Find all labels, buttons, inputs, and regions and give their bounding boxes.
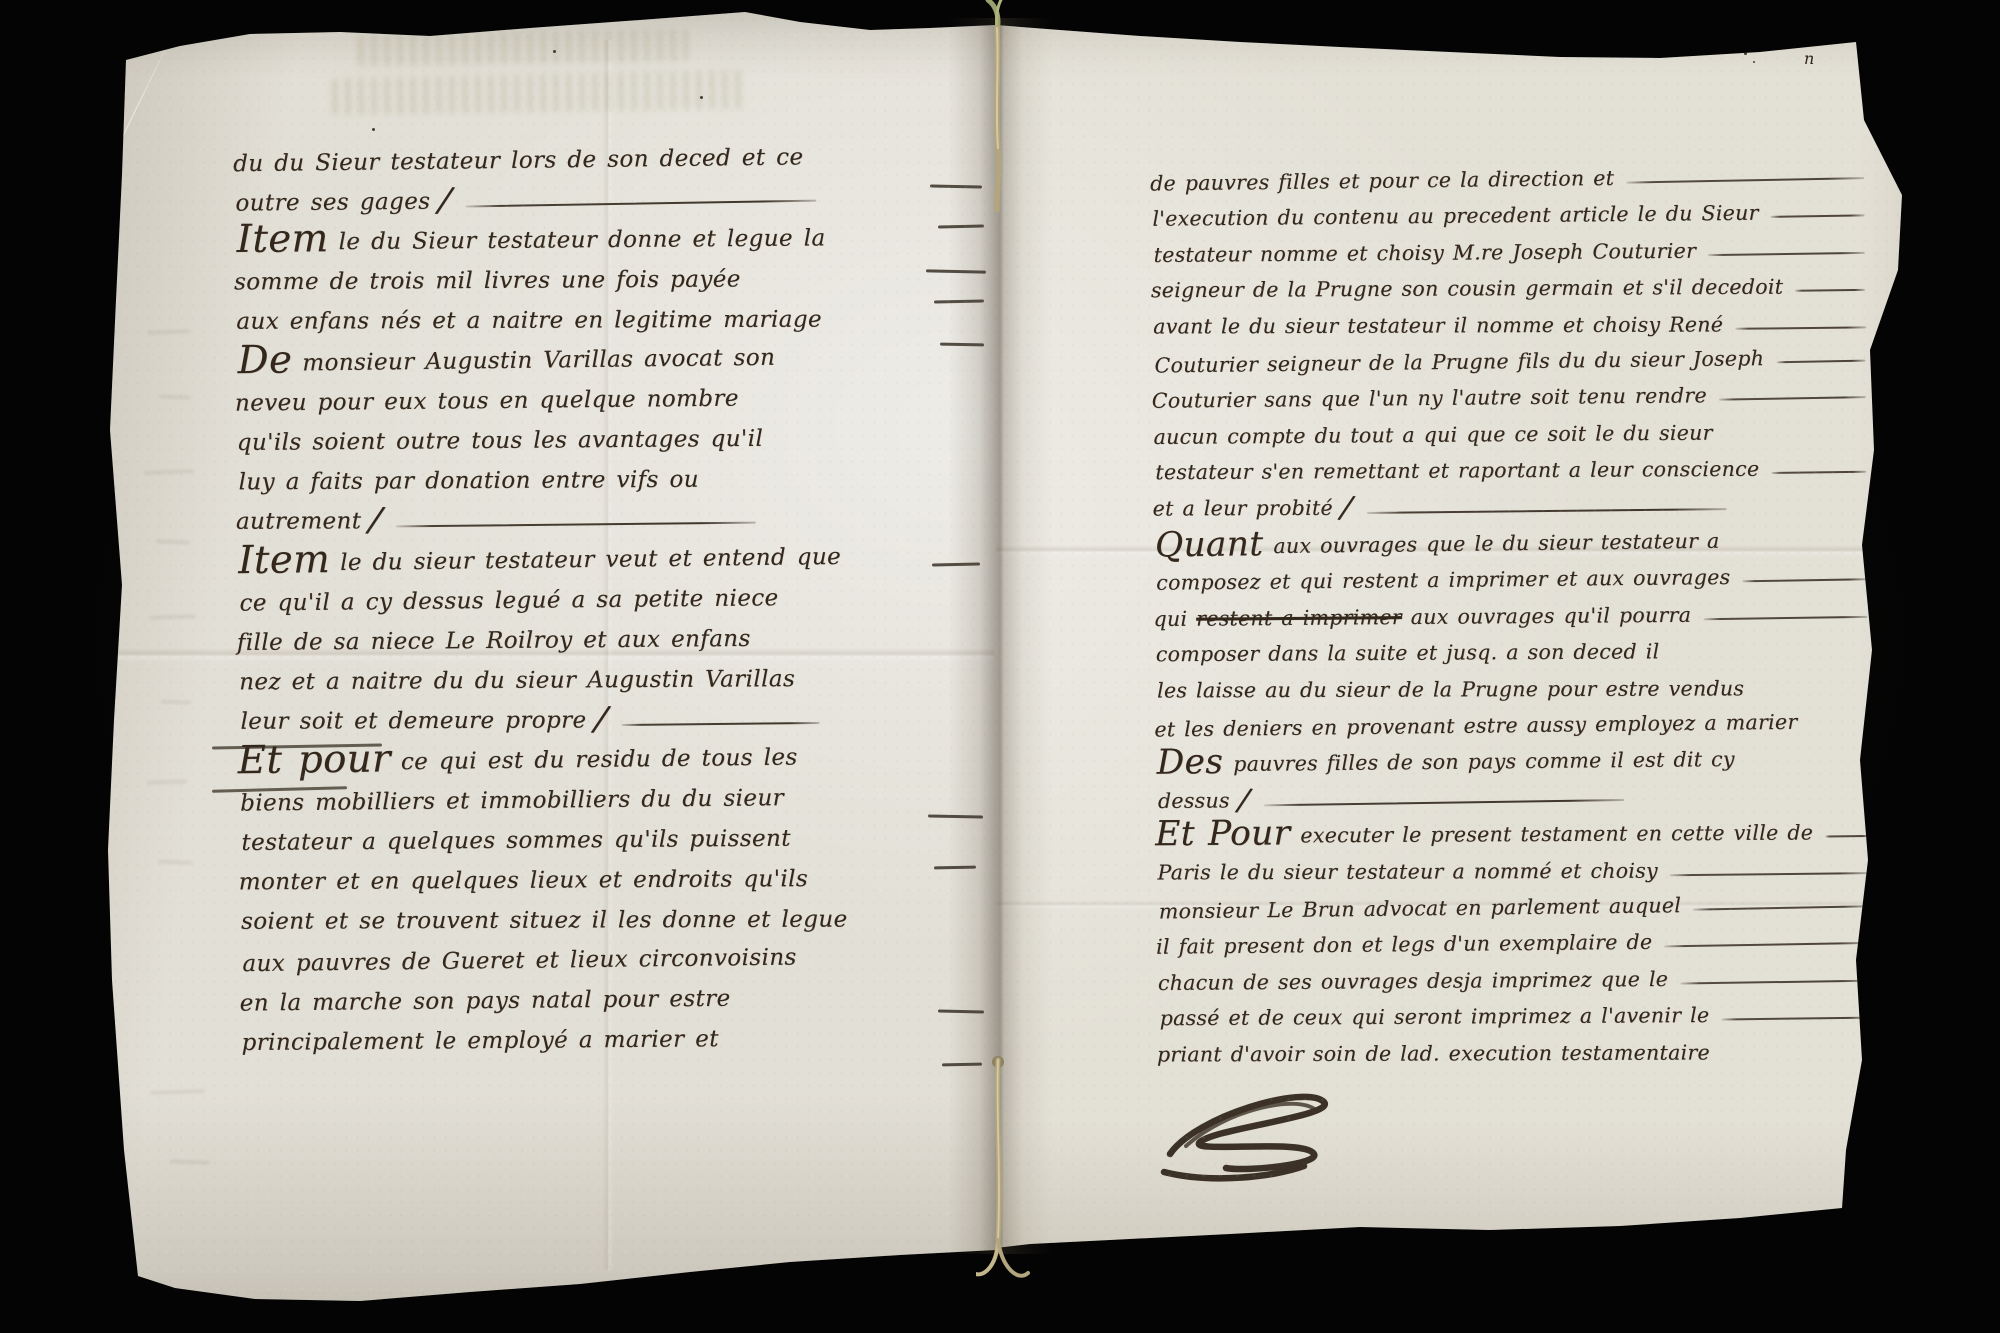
manuscript-line: qui restent a imprimer aux ouvrages qu'i… [1153, 601, 1869, 631]
manuscript-line: composez et qui restent a imprimer et au… [1156, 564, 1869, 595]
manuscript-line: passé et de ceux qui seront imprimez a l… [1160, 1002, 1873, 1030]
manuscript-line: il fait present don et legs d'un exempla… [1156, 928, 1872, 959]
bleedthrough-stamp-row [358, 29, 689, 67]
bleedthrough-stroke [161, 699, 191, 704]
manuscript-line: dessus/ [1158, 783, 1871, 813]
bleedthrough-stroke [144, 469, 194, 475]
manuscript-line: aux pauvres de Gueret et lieux circonvoi… [242, 944, 821, 977]
left-page-text: du du Sieur testateur lors de son deced … [233, 145, 822, 1090]
ink-speck [700, 96, 703, 99]
manuscript-line: du du Sieur testateur lors de son deced … [233, 144, 815, 177]
bleedthrough-stroke [170, 1159, 210, 1164]
gutter-ink-dash [932, 562, 980, 566]
manuscript-line: leur soit et demeure propre/ [240, 707, 819, 735]
manuscript-line: et les deniers en provenant estre aussy … [1154, 709, 1870, 742]
manuscript-line: Paris le du sieur testateur a nommé et c… [1157, 857, 1872, 884]
gutter-ink-dash [926, 269, 986, 273]
bleedthrough-stroke [148, 329, 190, 334]
folio-mark-top: nc [1789, 29, 1815, 50]
manuscript-line: testateur a quelques sommes qu'ils puiss… [241, 825, 820, 856]
manuscript-line: Itemle du Sieur testateur donne et legue… [237, 225, 816, 256]
ink-speck [1753, 61, 1755, 63]
right-page-text: de pauvres filles et pour ce la directio… [1150, 164, 1873, 1090]
paper-scratch [33, 22, 179, 319]
manuscript-line: Itemle du sieur testateur veut et entend… [238, 544, 819, 577]
manuscript-line: neveu pour eux tous en quelque nombre [235, 385, 817, 417]
manuscript-line: fille de sa niece Le Roilroy et aux enfa… [237, 625, 819, 656]
manuscript-line: Quantaux ouvrages que le du sieur testat… [1154, 527, 1869, 560]
manuscript-line: monsieur Le Brun advocat en parlement au… [1159, 891, 1872, 924]
manuscript-line: testateur nomme et choisy M.re Joseph Co… [1154, 237, 1867, 267]
bleedthrough-stroke [147, 779, 187, 784]
manuscript-line: Demonsieur Augustin Varillas avocat son [238, 344, 817, 377]
bleedthrough-stamp-row [332, 70, 748, 115]
gutter-ink-dash [934, 866, 976, 869]
manuscript-line: en la marche son pays natal pour estre [240, 985, 822, 1017]
ink-speck [553, 50, 556, 53]
ink-speck [372, 128, 375, 131]
gutter-ink-dash [930, 184, 982, 188]
manuscript-line: principalement le employé a marier et [241, 1025, 822, 1056]
manuscript-line: luy a faits par donation entre vifs ou [239, 466, 818, 495]
manuscript-line: Despauvres filles de son pays comme il e… [1156, 746, 1871, 777]
bleedthrough-stroke [160, 394, 190, 399]
manuscript-line: somme de trois mil livres une fois payée [234, 266, 816, 295]
manuscript-line: Et Pourexecuter le present testament en … [1155, 820, 1871, 848]
gutter-ink-dash [942, 1063, 982, 1066]
gutter-ink-dash [934, 299, 984, 303]
ink-speck [1744, 52, 1747, 55]
manuscript-line: aucun compte du tout a qui que ce soit l… [1154, 419, 1869, 449]
folio-mark: nc n [1790, 30, 1814, 67]
manuscript-line: seigneur de la Prugne son cousin germain… [1151, 274, 1867, 302]
manuscript-line: chacun de ses ouvrages desja imprimez qu… [1158, 965, 1873, 995]
gutter-ink-dash [940, 343, 984, 347]
manuscript-line: Et pource qui est du residu de tous les [238, 744, 820, 777]
folio-mark-bottom: n [1804, 51, 1814, 67]
manuscript-line: Couturier sans que l'un ny l'autre soit … [1152, 382, 1868, 413]
manuscript-line: les laisse au du sieur de la Prugne pour… [1157, 675, 1870, 702]
manuscript-line: ce qu'il a cy dessus legué a sa petite n… [239, 585, 818, 617]
bleedthrough-stroke [150, 1089, 205, 1095]
manuscript-line: de pauvres filles et pour ce la directio… [1150, 163, 1866, 196]
manuscript-line: qu'ils soient outre tous les avantages q… [237, 425, 818, 456]
manuscript-line: priant d'avoir soin de lad. execution te… [1157, 1039, 1873, 1066]
gutter-ink-dash [938, 225, 984, 229]
signature-paraph [1156, 1076, 1366, 1186]
manuscript-line: l'execution du contenu au precedent arti… [1152, 200, 1867, 231]
manuscript-line: nez et a naitre du du sieur Augustin Var… [239, 666, 820, 695]
manuscript-line: biens mobilliers et immobilliers du du s… [240, 785, 821, 817]
gutter-ink-dash [928, 814, 983, 818]
manuscript-line: avant le du sieur testateur il nomme et … [1153, 311, 1868, 338]
manuscript-line: testateur s'en remettant et raportant a … [1155, 456, 1868, 484]
manuscript-line: autrement/ [236, 507, 818, 535]
manuscript-line: outre ses gages/ [235, 185, 816, 217]
manuscript-line: aux enfans nés et a naitre en legitime m… [236, 307, 817, 335]
manuscript-line: et a leur probité/ [1153, 493, 1869, 520]
bleedthrough-stroke [150, 614, 196, 620]
manuscript-line: Couturier seigneur de la Prugne fils du … [1154, 345, 1867, 378]
gutter-ink-dash [938, 1010, 984, 1014]
manuscript-line: composer dans la suite et jusq. a son de… [1155, 638, 1870, 666]
manuscript-line: monter et en quelques lieux et endroits … [239, 866, 821, 895]
manuscript-line: soient et se trouvent situez il les donn… [241, 907, 822, 935]
bleedthrough-stroke [158, 859, 192, 864]
photo-background: du du Sieur testateur lors de son deced … [0, 0, 2000, 1333]
bleedthrough-stroke [156, 539, 190, 544]
